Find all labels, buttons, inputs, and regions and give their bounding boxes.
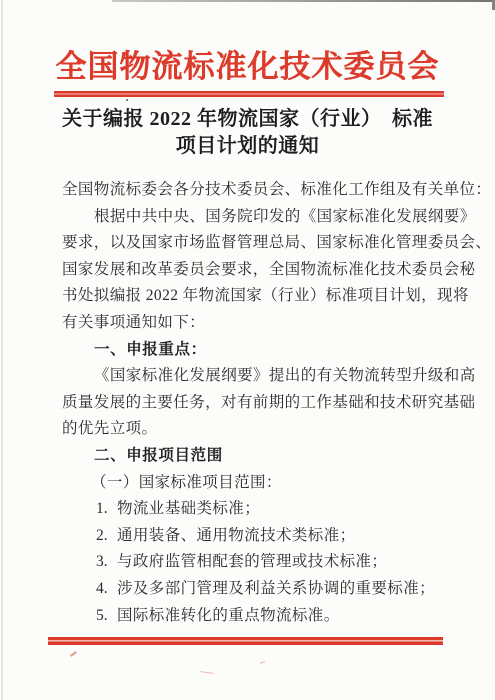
document-title-line1: 关于编报 2022 年物流国家（行业） 标准 (0, 106, 495, 133)
header-red-rule (54, 91, 444, 97)
list-item: 3.与政府监管相配套的管理或技术标准； (62, 549, 444, 576)
body-line: 质量发展的主要任务，对有前期的工作基础和技术研究基础 (62, 390, 444, 417)
item-number: 4. (96, 576, 117, 603)
scan-scratch-artifact (260, 661, 265, 664)
body-line: 要求，以及国家市场监督管理总局、国家标准化管理委员会、 (62, 230, 444, 257)
item-text: 涉及多部门管理及利益关系协调的重要标准； (117, 580, 435, 597)
scan-scratch-artifact (200, 671, 214, 674)
item-number: 2. (96, 523, 117, 550)
list-item: 5.国际标准转化的重点物流标准。 (62, 603, 444, 630)
section2-heading: 二、申报项目范围 (62, 443, 444, 470)
salutation-line: 全国物流标委会各分技术委员会、标准化工作组及有关单位： (62, 177, 444, 204)
body-line: 书处拟编报 2022 年物流国家（行业）标准项目计划，现将 (62, 283, 444, 310)
scan-speck-artifact (126, 99, 128, 101)
scan-scratch-artifact (70, 651, 77, 657)
list-item: 2.通用装备、通用物流技术类标准； (62, 523, 444, 550)
section1-heading: 一、申报重点： (62, 337, 444, 364)
scanned-notice-page: 全国物流标准化技术委员会 关于编报 2022 年物流国家（行业） 标准 项目计划… (0, 0, 495, 700)
org-banner-title: 全国物流标准化技术委员会 (0, 46, 495, 88)
document-title: 关于编报 2022 年物流国家（行业） 标准 项目计划的通知 (0, 106, 495, 160)
footer-red-rule (48, 637, 443, 645)
section2-subheading: （一）国家标准项目范围： (62, 470, 444, 497)
document-title-line2: 项目计划的通知 (0, 133, 495, 160)
body-line: 《国家标准化发展纲要》提出的有关物流转型升级和高 (62, 363, 444, 390)
item-number: 5. (96, 603, 117, 630)
item-text: 通用装备、通用物流技术类标准； (117, 527, 356, 544)
item-text: 与政府监管相配套的管理或技术标准； (117, 553, 387, 570)
body-line: 有关事项通知如下： (62, 310, 444, 337)
list-item: 4.涉及多部门管理及利益关系协调的重要标准； (62, 576, 444, 603)
item-number: 1. (96, 496, 117, 523)
scan-top-edge-artifact (112, 0, 495, 2)
list-item: 1.物流业基础类标准； (62, 496, 444, 523)
item-text: 物流业基础类标准； (117, 500, 260, 517)
document-body: 全国物流标委会各分技术委员会、标准化工作组及有关单位： 根据中共中央、国务院印发… (62, 177, 444, 629)
body-line: 国家发展和改革委员会要求，全国物流标准化技术委员会秘 (62, 257, 444, 284)
scan-left-edge-artifact (1, 0, 3, 700)
body-line: 的优先立项。 (62, 416, 444, 443)
item-text: 国际标准转化的重点物流标准。 (117, 607, 340, 624)
body-line: 根据中共中央、国务院印发的《国家标准化发展纲要》 (62, 204, 444, 231)
item-number: 3. (96, 549, 117, 576)
